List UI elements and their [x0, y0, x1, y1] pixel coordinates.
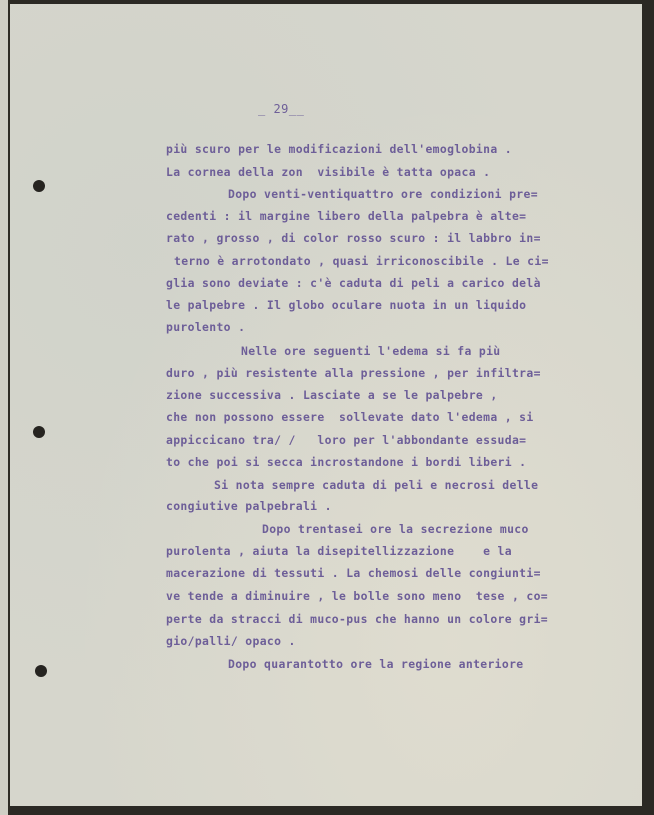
page-number: _ 29__ — [258, 102, 304, 116]
text-line: perte da stracci di muco-pus che hanno u… — [166, 612, 548, 626]
text-line: ve tende a diminuire , le bolle sono men… — [166, 589, 548, 603]
text-line: gio/palli/ opaco . — [166, 634, 296, 648]
text-line: appiccicano tra/ / loro per l'abbondante… — [166, 433, 526, 447]
text-line: che non possono essere sollevate dato l'… — [166, 410, 534, 424]
text-line: purolento . — [166, 320, 245, 334]
text-line: purolenta , aiuta la disepitellizzazione… — [166, 544, 512, 558]
scan-margin — [0, 0, 8, 815]
text-line: terno è arrotondato , quasi irriconoscib… — [174, 254, 549, 268]
punch-hole-icon — [33, 180, 45, 192]
text-line: le palpebre . Il globo oculare nuota in … — [166, 298, 526, 312]
text-line: Dopo trentasei ore la secrezione muco — [262, 522, 529, 536]
text-line: congiutive palpebrali . — [166, 499, 332, 513]
text-line: Dopo quarantotto ore la regione anterior… — [228, 657, 524, 671]
text-line: Dopo venti-ventiquattro ore condizioni p… — [228, 187, 538, 201]
text-line: duro , più resistente alla pressione , p… — [166, 366, 541, 380]
text-line: rato , grosso , di color rosso scuro : i… — [166, 231, 541, 245]
punch-hole-icon — [35, 665, 47, 677]
text-line: zione successiva . Lasciate a se le palp… — [166, 388, 498, 402]
text-line: Nelle ore seguenti l'edema si fa più — [241, 344, 500, 358]
text-line: più scuro per le modificazioni dell'emog… — [166, 142, 512, 156]
text-line: Si nota sempre caduta di peli e necrosi … — [214, 478, 538, 492]
text-line: glia sono deviate : c'è caduta di peli a… — [166, 276, 541, 290]
document-page: _ 29__ più scuro per le modificazioni de… — [10, 4, 642, 806]
punch-hole-icon — [33, 426, 45, 438]
text-line: to che poi si secca incrostandone i bord… — [166, 455, 526, 469]
text-line: La cornea della zon visibile è tatta opa… — [166, 165, 490, 179]
text-line: macerazione di tessuti . La chemosi dell… — [166, 566, 541, 580]
text-line: cedenti : il margine libero della palpeb… — [166, 209, 526, 223]
